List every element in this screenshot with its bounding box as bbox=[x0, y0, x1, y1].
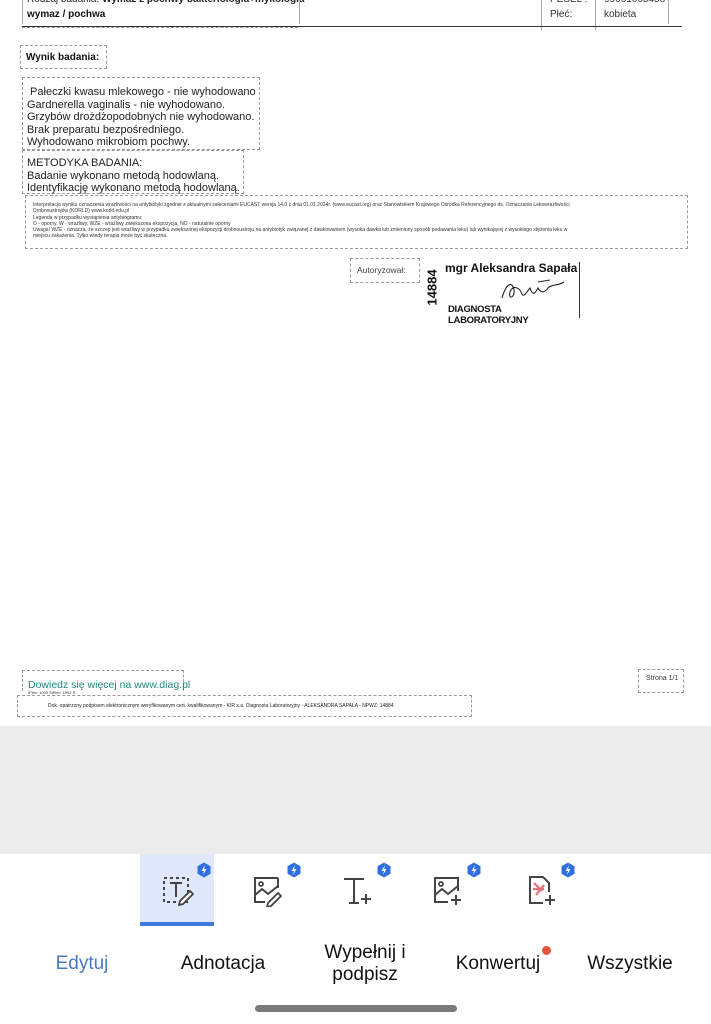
fine-print: Interpretacja wyniku oznaczenia wrażliwo… bbox=[33, 202, 570, 240]
tab-adnotacja[interactable]: Adnotacja bbox=[168, 936, 278, 992]
text-add-icon bbox=[340, 873, 374, 907]
viewer-background bbox=[0, 726, 711, 854]
document-add-icon bbox=[524, 873, 558, 907]
stamp-title: DIAGNOSTA LABORATORYJNY bbox=[448, 304, 582, 326]
tab-edytuj[interactable]: Edytuj bbox=[30, 936, 134, 992]
signature-stamp: 14884 mgr Aleksandra Sapała DIAGNOSTA LA… bbox=[428, 260, 582, 318]
premium-lightning-badge-icon bbox=[466, 862, 482, 878]
home-indicator[interactable] bbox=[255, 1005, 457, 1012]
premium-lightning-badge-icon bbox=[286, 862, 302, 878]
image-edit-icon bbox=[250, 873, 284, 907]
page-number: Strona 1/1 bbox=[646, 675, 678, 682]
tab-wypelnij-i-podpisz[interactable]: Wypełnij i podpisz bbox=[310, 936, 420, 992]
exam-type: Rodzaj badania: Wymaz z pochwy bakteriol… bbox=[27, 0, 304, 5]
divider bbox=[299, 0, 300, 24]
tool-add-text[interactable] bbox=[320, 854, 394, 926]
result-text: Pałeczki kwasu mlekowego - nie wyhodowan… bbox=[27, 86, 256, 149]
dashed-rule bbox=[22, 27, 298, 28]
edit-toolbar bbox=[0, 854, 711, 926]
notification-dot bbox=[542, 946, 551, 955]
tab-wszystkie[interactable]: Wszystkie bbox=[578, 936, 682, 992]
premium-lightning-badge-icon bbox=[560, 862, 576, 878]
sex-label: Płeć: bbox=[550, 9, 572, 20]
tab-konwertuj[interactable]: Konwertuj bbox=[446, 936, 550, 992]
handwritten-signature-icon bbox=[498, 276, 568, 304]
stamp-number: 14884 bbox=[425, 269, 440, 305]
signature-note: Dok. opatrzony podpisem elektronicznym w… bbox=[48, 703, 394, 709]
pesel-value: 99061065458 bbox=[604, 0, 665, 5]
tool-edit-image[interactable] bbox=[230, 854, 304, 926]
tool-add-image[interactable] bbox=[410, 854, 484, 926]
stamp-name: mgr Aleksandra Sapała bbox=[445, 261, 577, 275]
stamp-divider bbox=[579, 262, 580, 318]
tool-edit-text[interactable] bbox=[140, 854, 214, 926]
image-add-icon bbox=[430, 873, 464, 907]
result-heading: Wynik badania: bbox=[26, 52, 99, 63]
method-text: METODYKA BADANIA: Badanie wykonano metod… bbox=[27, 157, 240, 195]
tool-add-watermark[interactable] bbox=[504, 854, 578, 926]
premium-lightning-badge-icon bbox=[196, 862, 212, 878]
sex-value: kobieta bbox=[604, 9, 636, 20]
pdf-page: Rodzaj badania: Wymaz z pochwy bakteriol… bbox=[0, 0, 711, 726]
text-box-edit-icon bbox=[160, 873, 194, 907]
pesel-label: PESEL : bbox=[550, 0, 587, 5]
premium-lightning-badge-icon bbox=[376, 862, 392, 878]
material: wymaz / pochwa bbox=[27, 9, 105, 20]
divider bbox=[668, 0, 669, 24]
divider bbox=[22, 0, 23, 24]
authorized-label: Autoryzował: bbox=[357, 265, 406, 275]
